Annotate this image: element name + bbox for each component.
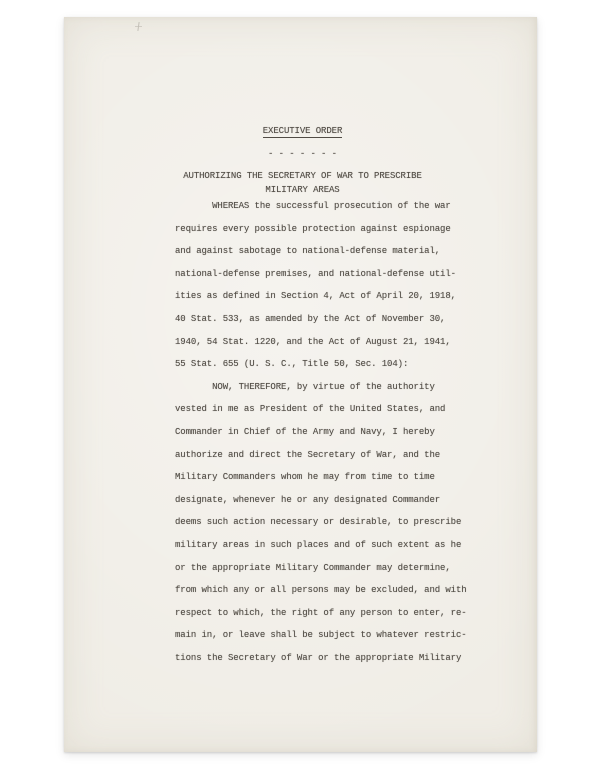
document-title-text: EXECUTIVE ORDER: [263, 126, 343, 138]
body-line: and against sabotage to national-defense…: [175, 240, 460, 263]
body-line: military areas in such places and of suc…: [175, 534, 460, 557]
document-subtitle-line-2: MILITARY AREAS: [160, 185, 445, 195]
document-title: EXECUTIVE ORDER: [160, 126, 445, 138]
staple-mark: [134, 22, 143, 31]
body-line: NOW, THEREFORE, by virtue of the authori…: [175, 376, 460, 399]
body-line: Military Commanders whom he may from tim…: [175, 466, 460, 489]
body-line: designate, whenever he or any designated…: [175, 489, 460, 512]
body-line: tions the Secretary of War or the approp…: [175, 647, 460, 670]
body-line: or the appropriate Military Commander ma…: [175, 557, 460, 580]
body-line: 55 Stat. 655 (U. S. C., Title 50, Sec. 1…: [175, 353, 460, 376]
body-line: respect to which, the right of any perso…: [175, 602, 460, 625]
body-line: authorize and direct the Secretary of Wa…: [175, 444, 460, 467]
body-line: vested in me as President of the United …: [175, 398, 460, 421]
document-subtitle-line-1: AUTHORIZING THE SECRETARY OF WAR TO PRES…: [160, 171, 445, 181]
body-line: 1940, 54 Stat. 1220, and the Act of Augu…: [175, 331, 460, 354]
document-body: WHEREAS the successful prosecution of th…: [175, 195, 460, 669]
body-line: 40 Stat. 533, as amended by the Act of N…: [175, 308, 460, 331]
body-line: WHEREAS the successful prosecution of th…: [175, 195, 460, 218]
body-line: requires every possible protection again…: [175, 218, 460, 241]
body-line: ities as defined in Section 4, Act of Ap…: [175, 285, 460, 308]
title-divider: - - - - - - -: [160, 149, 445, 159]
body-line: main in, or leave shall be subject to wh…: [175, 624, 460, 647]
document-page: EXECUTIVE ORDER - - - - - - - AUTHORIZIN…: [64, 17, 537, 752]
body-line: from which any or all persons may be exc…: [175, 579, 460, 602]
body-line: national-defense premises, and national-…: [175, 263, 460, 286]
body-line: Commander in Chief of the Army and Navy,…: [175, 421, 460, 444]
body-line: deems such action necessary or desirable…: [175, 511, 460, 534]
scan-background: EXECUTIVE ORDER - - - - - - - AUTHORIZIN…: [0, 0, 600, 776]
